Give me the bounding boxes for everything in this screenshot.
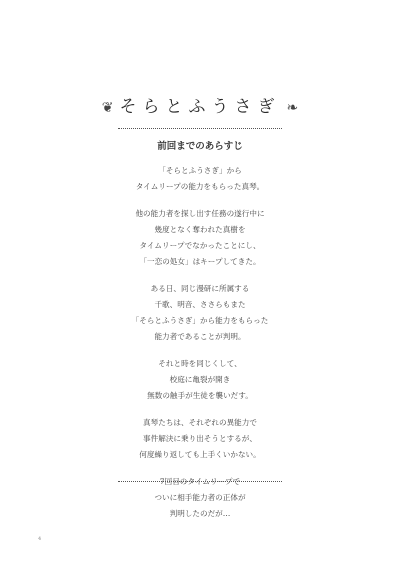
synopsis-line: 能力者であることが判明。 [0, 329, 400, 345]
page-number: 4 [38, 536, 41, 542]
synopsis-line: 事件解決に乗り出そうとするが、 [0, 431, 400, 447]
synopsis-line: 判明したのだが… [0, 506, 400, 522]
synopsis-line: 真琴たちは、それぞれの異能力で [0, 415, 400, 431]
synopsis-line: 他の能力者を探し出す任務の遂行中に [0, 206, 400, 222]
synopsis-paragraph: 真琴たちは、それぞれの異能力で事件解決に乗り出そうとするが、何度繰り返しても上手… [0, 415, 400, 463]
synopsis-line: ついに相手能力者の正体が [0, 490, 400, 506]
synopsis-paragraph: 「そらとふうさぎ」からタイムリープの能力をもらった真琴。 [0, 163, 400, 195]
synopsis-body: 「そらとふうさぎ」からタイムリープの能力をもらった真琴。他の能力者を探し出す任務… [0, 163, 400, 533]
synopsis-line: タイムリープの能力をもらった真琴。 [0, 179, 400, 195]
section-heading: 前回までのあらすじ [0, 138, 400, 152]
title-text: そらとふうさぎ [120, 97, 281, 117]
sprig-icon: ❦ [102, 100, 114, 116]
synopsis-line: 無数の触手が生徒を襲いだす。 [0, 388, 400, 404]
page-title: ❦そらとふうさぎ❧ [0, 92, 400, 117]
synopsis-line: 「そらとふうさぎ」から [0, 163, 400, 179]
synopsis-line: ある日、同じ漫研に所属する [0, 281, 400, 297]
synopsis-paragraph: ある日、同じ漫研に所属する千歌、明音、ささらもまた「そらとふうさぎ」から能力をも… [0, 281, 400, 345]
synopsis-line: タイムリープでなかったことにし、 [0, 238, 400, 254]
synopsis-line: 千歌、明音、ささらもまた [0, 297, 400, 313]
synopsis-line: 校庭に亀裂が開き [0, 372, 400, 388]
synopsis-line: 7回目のタイムリープで [0, 474, 400, 490]
synopsis-line: それと時を同じくして、 [0, 356, 400, 372]
synopsis-line: 「一恋の処女」はキープしてきた。 [0, 254, 400, 270]
synopsis-paragraph: それと時を同じくして、校庭に亀裂が開き無数の触手が生徒を襲いだす。 [0, 356, 400, 404]
sprig-icon: ❧ [287, 100, 299, 116]
synopsis-line: 何度繰り返しても上手くいかない。 [0, 447, 400, 463]
synopsis-line: 「そらとふうさぎ」から能力をもらった [0, 313, 400, 329]
dotted-divider-top [118, 128, 282, 129]
synopsis-line: 幾度となく奪われた真樹を [0, 222, 400, 238]
dotted-divider-bottom [118, 481, 282, 482]
synopsis-paragraph: 他の能力者を探し出す任務の遂行中に幾度となく奪われた真樹をタイムリープでなかった… [0, 206, 400, 270]
